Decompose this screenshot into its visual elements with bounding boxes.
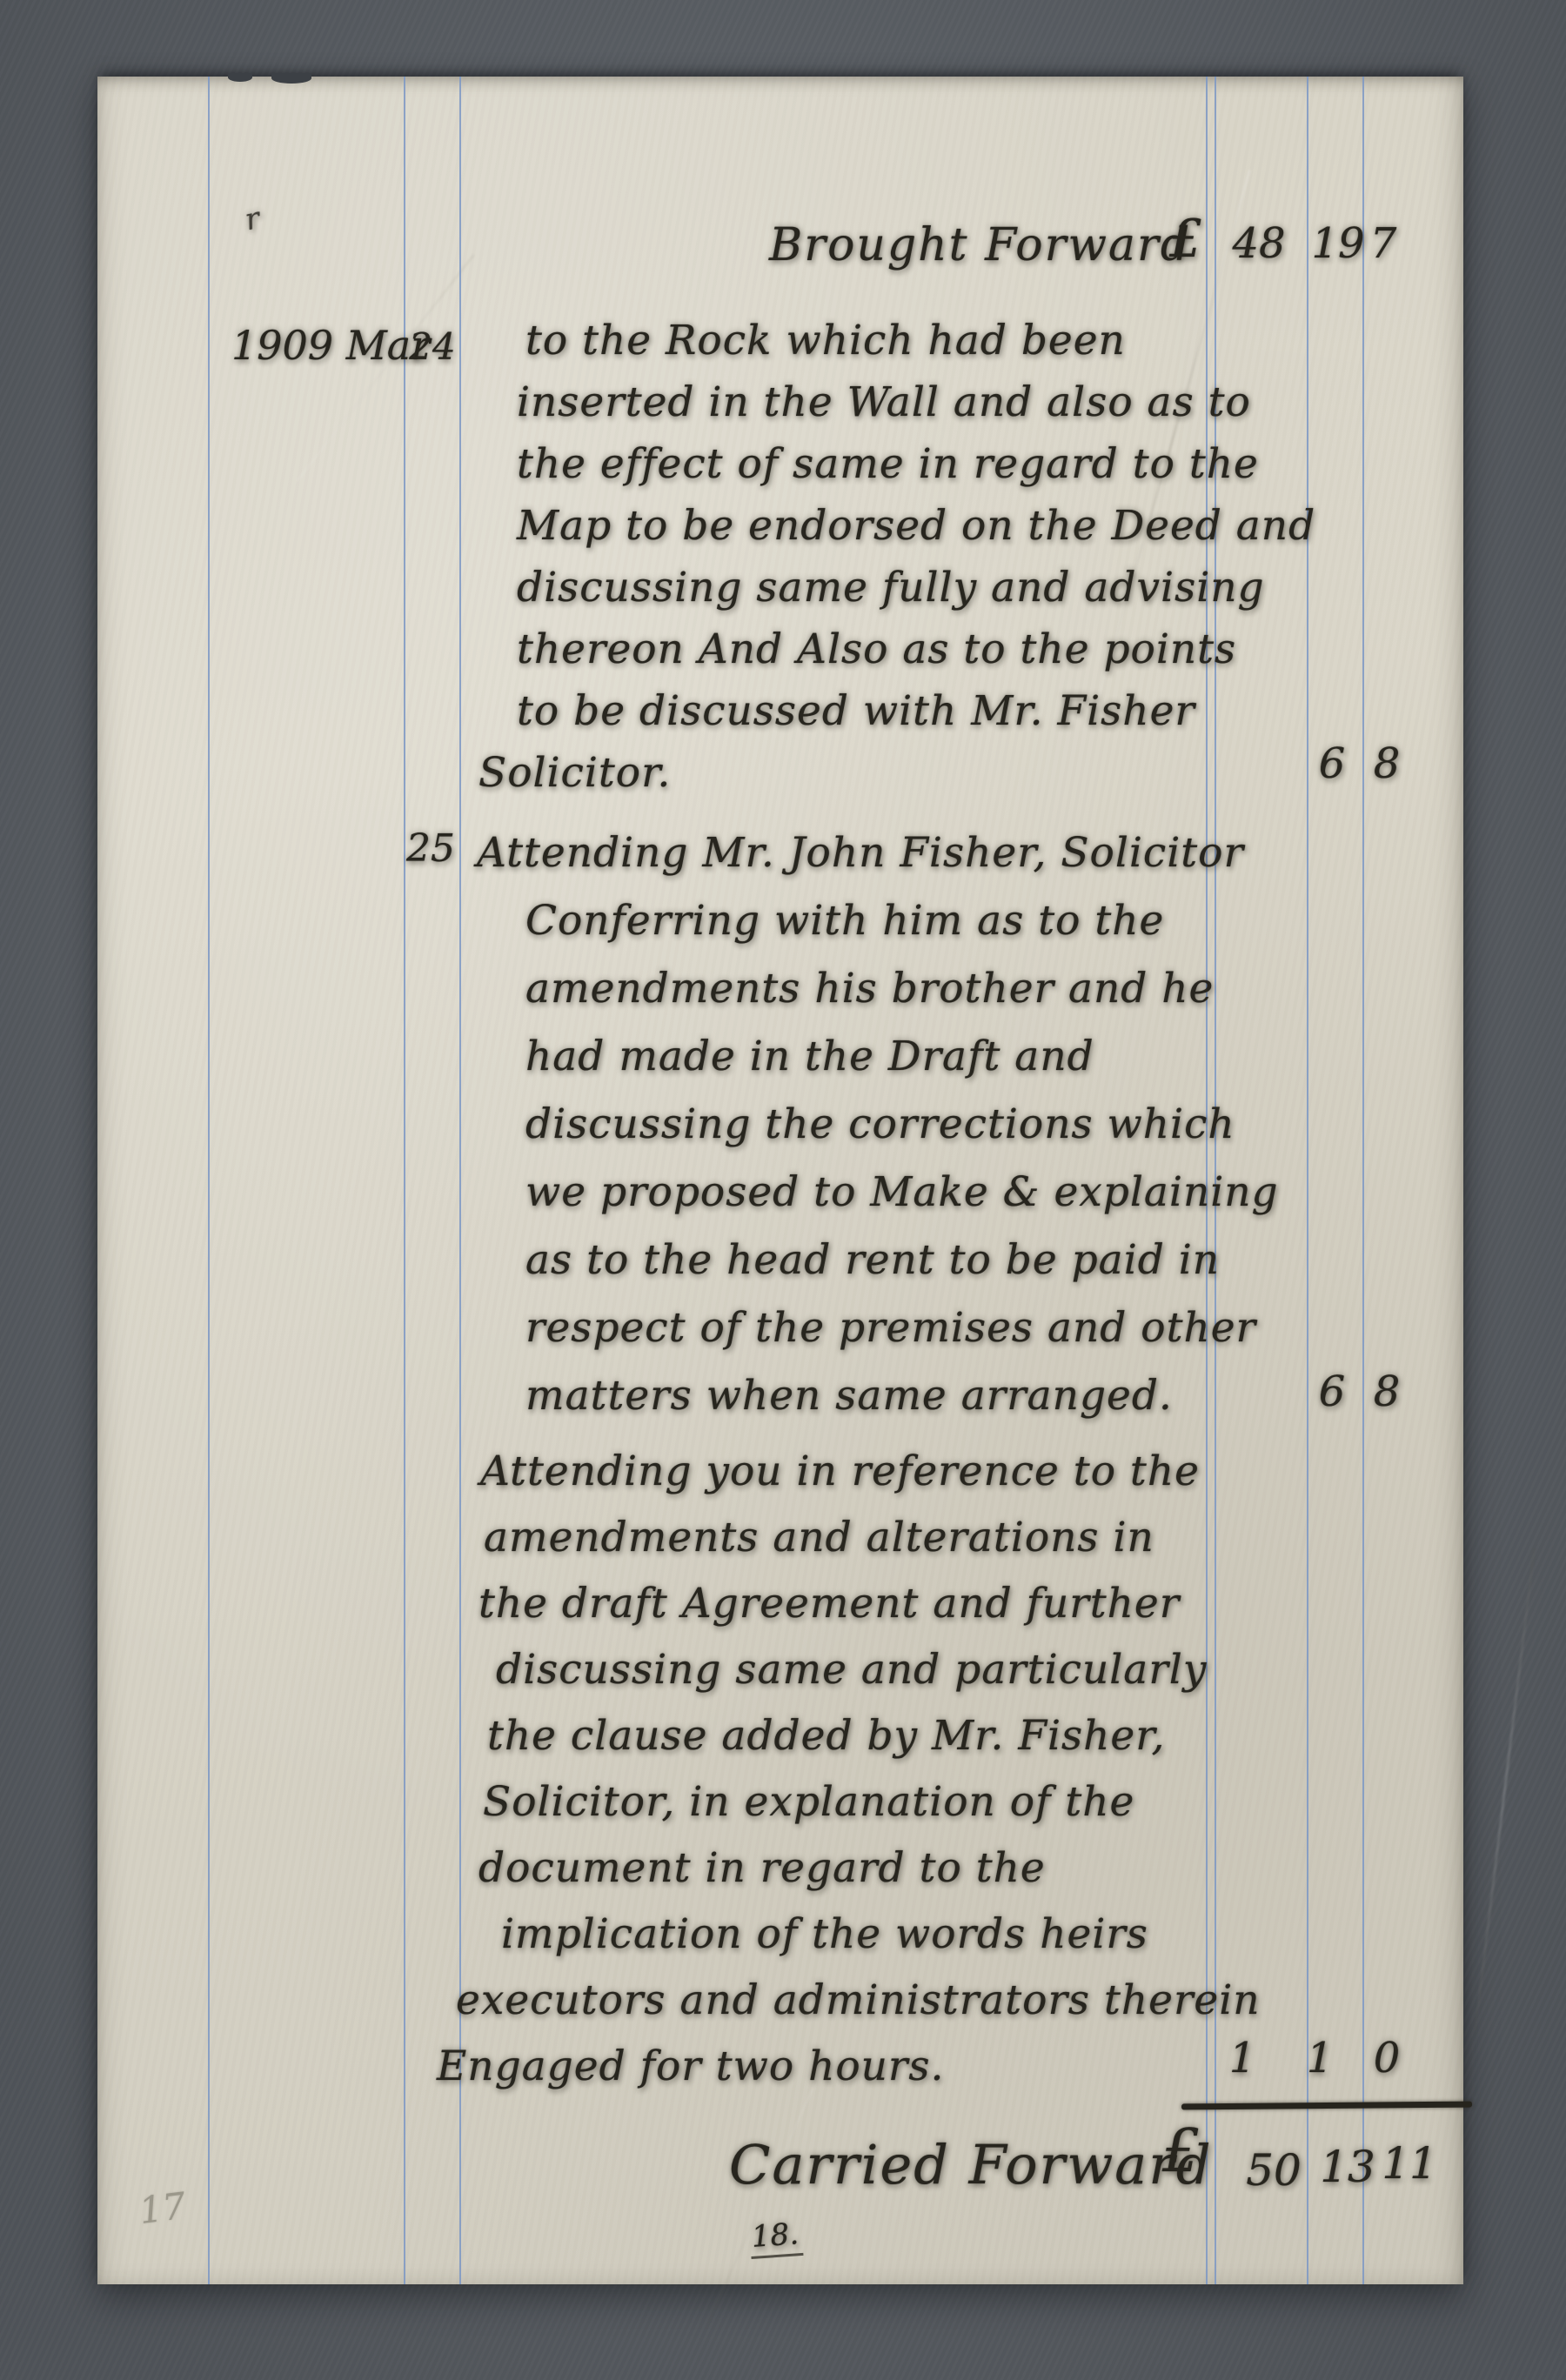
entry-line: Attending you in reference to the — [435, 1439, 1261, 1505]
shillings-value: 6 — [1319, 1367, 1346, 1416]
ledger-entry: Attending you in reference to the amendm… — [435, 1439, 1261, 2100]
entry-line: Attending Mr. John Fisher, Solicitor — [477, 819, 1279, 887]
brought-forward-label: Brought Forward — [769, 219, 1191, 271]
entry-line: to be discussed with Mr. Fisher — [477, 680, 1315, 742]
ink-folio-number: 18. — [749, 2216, 804, 2259]
torn-edge-notch — [271, 73, 311, 84]
entry-date-year-month: 1909 Mar — [231, 322, 430, 369]
entry-line: amendments his brother and he — [477, 955, 1279, 1023]
entry-line: the effect of same in regard to the — [477, 433, 1315, 495]
entry-line: we proposed to Make & explaining — [477, 1159, 1279, 1227]
carried-forward-label: Carried Forward — [729, 2133, 1213, 2196]
entry-line: thereon And Also as to the points — [477, 618, 1315, 680]
pence-value: 8 — [1374, 739, 1401, 788]
entry-day: 25 — [406, 826, 455, 871]
pounds-value: 48 — [1232, 219, 1285, 268]
entry-line: to the Rock which had been — [477, 310, 1315, 371]
paper-crease — [1474, 1548, 1536, 2032]
ledger-entry: Attending Mr. John Fisher, Solicitor Con… — [477, 819, 1279, 1430]
shillings-value: 13 — [1320, 2142, 1375, 2192]
pence-value: 0 — [1374, 2034, 1401, 2082]
entry-line: as to the head rent to be paid in — [477, 1227, 1279, 1294]
paper-crease — [706, 2089, 813, 2328]
entry-line: implication of the words heirs — [435, 1902, 1261, 1968]
entry-line: executors and administrators therein — [435, 1968, 1261, 2034]
entry-line: the draft Agreement and further — [435, 1571, 1261, 1637]
entry-line: discussing same fully and advising — [477, 557, 1315, 618]
shillings-value: 6 — [1319, 739, 1346, 788]
entry-line: document in regard to the — [435, 1835, 1261, 1902]
ledger-entry: to the Rock which had been inserted in t… — [477, 310, 1315, 804]
pencil-folio-number: 17 — [137, 2184, 188, 2232]
shillings-value: 19 — [1311, 219, 1364, 268]
entry-line: respect of the premises and other — [477, 1294, 1279, 1362]
column-rule-margin — [208, 77, 210, 2284]
entry-line: the clause added by Mr. Fisher, — [435, 1703, 1261, 1769]
shillings-value: 1 — [1307, 2034, 1334, 2082]
entry-line: amendments and alterations in — [435, 1505, 1261, 1571]
entry-line: Conferring with him as to the — [477, 887, 1279, 955]
date-year: 1909 — [231, 322, 333, 369]
photo-backdrop: r Brought Forward £ 48 19 7 1909 Mar 24 … — [0, 0, 1566, 2380]
entry-line: Solicitor. — [477, 742, 1315, 804]
column-rule-date-left — [404, 77, 405, 2284]
entry-line: Engaged for two hours. — [435, 2034, 1261, 2100]
entry-day: 24 — [409, 325, 455, 368]
carried-forward-currency: £ — [1162, 2117, 1200, 2186]
pounds-value: 1 — [1229, 2034, 1256, 2082]
entry-line: had made in the Draft and — [477, 1023, 1279, 1091]
brought-forward-currency: £ — [1169, 209, 1202, 270]
entry-line: Solicitor, in explanation of the — [435, 1769, 1261, 1835]
pence-value: 7 — [1370, 219, 1397, 268]
entry-line: discussing same and particularly — [435, 1637, 1261, 1703]
entry-line: matters when same arranged. — [477, 1362, 1279, 1430]
pence-value: 8 — [1374, 1367, 1401, 1416]
entry-line: inserted in the Wall and also as to — [477, 371, 1315, 433]
torn-edge-notch — [228, 73, 252, 82]
column-rule-pence — [1362, 77, 1364, 2284]
pence-value: 11 — [1382, 2138, 1437, 2189]
pounds-value: 50 — [1246, 2145, 1302, 2196]
entry-line: Map to be endorsed on the Deed and — [477, 495, 1315, 557]
entry-line: discussing the corrections which — [477, 1091, 1279, 1159]
